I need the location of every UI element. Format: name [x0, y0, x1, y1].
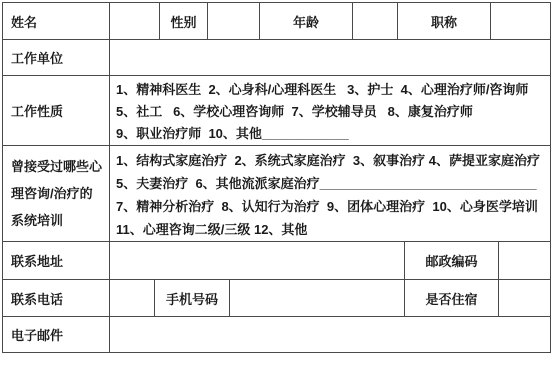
email-row: 电子邮件 — [3, 317, 550, 352]
postal-code-label: 邮政编码 — [405, 242, 499, 279]
job-title-input[interactable] — [491, 3, 550, 39]
name-label: 姓名 — [3, 3, 110, 39]
age-input[interactable] — [353, 3, 398, 39]
gender-label: 性别 — [160, 3, 208, 39]
mobile-input[interactable] — [230, 280, 405, 316]
phone-input[interactable] — [110, 280, 155, 316]
gender-input[interactable] — [208, 3, 260, 39]
work-nature-option-list: 1、精神科医生 2、心身科/心理科医生 3、护士 4、心理治疗师/咨询师 5、社… — [110, 76, 534, 145]
job-title-label: 职称 — [398, 3, 491, 39]
email-label: 电子邮件 — [3, 317, 110, 352]
mobile-label: 手机号码 — [155, 280, 230, 316]
email-input[interactable] — [110, 317, 550, 352]
lodging-input[interactable] — [499, 280, 550, 316]
registration-form-table: 姓名 性别 年龄 职称 工作单位 工作性质 1、精神科医生 2、心身科/心理科医… — [2, 2, 551, 353]
training-label: 曾接受过哪些心理咨询/治疗的系统培训 — [3, 146, 110, 241]
header-row: 姓名 性别 年龄 职称 — [3, 3, 550, 40]
training-label-text: 曾接受过哪些心理咨询/治疗的系统培训 — [3, 153, 109, 234]
address-label: 联系地址 — [3, 242, 110, 279]
lodging-label: 是否住宿 — [405, 280, 499, 316]
work-unit-input[interactable] — [110, 40, 550, 75]
work-nature-label: 工作性质 — [3, 76, 110, 145]
phone-label: 联系电话 — [3, 280, 110, 316]
form-page: 姓名 性别 年龄 职称 工作单位 工作性质 1、精神科医生 2、心身科/心理科医… — [0, 0, 554, 365]
postal-code-input[interactable] — [499, 242, 550, 279]
work-unit-label: 工作单位 — [3, 40, 110, 75]
training-row: 曾接受过哪些心理咨询/治疗的系统培训 1、结构式家庭治疗 2、系统式家庭治疗 3… — [3, 146, 550, 242]
address-input[interactable] — [110, 242, 405, 279]
work-nature-row: 工作性质 1、精神科医生 2、心身科/心理科医生 3、护士 4、心理治疗师/咨询… — [3, 76, 550, 146]
training-options[interactable]: 1、结构式家庭治疗 2、系统式家庭治疗 3、叙事治疗 4、萨提亚家庭治疗 5、夫… — [110, 146, 550, 241]
work-nature-options[interactable]: 1、精神科医生 2、心身科/心理科医生 3、护士 4、心理治疗师/咨询师 5、社… — [110, 76, 550, 145]
age-label: 年龄 — [260, 3, 353, 39]
work-unit-row: 工作单位 — [3, 40, 550, 76]
address-row: 联系地址 邮政编码 — [3, 242, 550, 280]
name-input[interactable] — [110, 3, 160, 39]
phone-row: 联系电话 手机号码 是否住宿 — [3, 280, 550, 317]
training-option-list: 1、结构式家庭治疗 2、系统式家庭治疗 3、叙事治疗 4、萨提亚家庭治疗 5、夫… — [110, 147, 546, 241]
